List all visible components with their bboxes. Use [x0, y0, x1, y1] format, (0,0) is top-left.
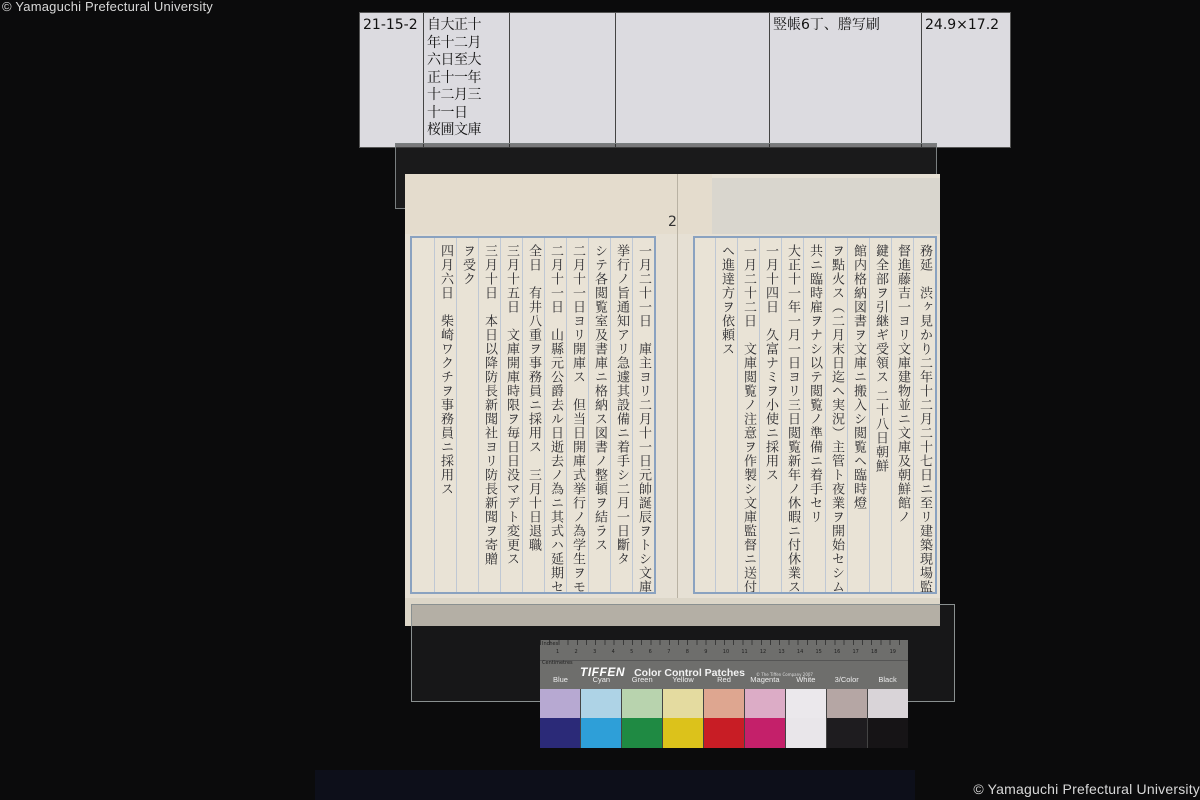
swatch-light [704, 689, 744, 718]
ruler-cm-label: Centimetres [542, 660, 573, 666]
swatch-yellow [663, 689, 704, 748]
swatch-light [663, 689, 703, 718]
text-column: 務延 渋ヶ見かり二年十二月二十七日ニ至リ建築現場監 [913, 238, 935, 592]
date-line: 正十一年 [427, 70, 506, 88]
catalog-empty-cell [616, 13, 770, 147]
swatch-light [540, 689, 580, 718]
page-number: 2 [668, 214, 677, 230]
catalog-id: 21-15-2 [360, 13, 424, 147]
swatch-dark [827, 718, 867, 748]
ruler-number: 17 [853, 649, 872, 655]
date-line: 十二月三 [427, 87, 506, 105]
swatch-dark [663, 718, 703, 748]
text-column: シテ各閲覧室及書庫ニ格納ス図書ノ整頓ヲ結ラス [588, 238, 610, 592]
ruler-number: 10 [723, 649, 742, 655]
color-control-chart: Inches 1 2 3 4 5 6 7 8 9 10 11 12 13 14 … [540, 640, 908, 748]
catalog-empty-cell [510, 13, 616, 147]
ruler-number: 1 [556, 649, 575, 655]
swatch-label: Red [704, 675, 745, 684]
text-column: 督進藤吉一ヨリ文庫建物並ニ文庫及朝鮮館ノ [891, 238, 913, 592]
ruler-number: 4 [612, 649, 631, 655]
paper-flap [712, 178, 940, 234]
swatch-red [704, 689, 745, 748]
swatch-dark [868, 718, 908, 748]
swatch-light [581, 689, 621, 718]
ruler-number: 14 [797, 649, 816, 655]
text-column: 四月六日 柴崎ワクチヲ事務員ニ採用ス [434, 238, 456, 592]
date-line: 六日至大 [427, 52, 506, 70]
swatch-light [786, 689, 826, 718]
swatch-label: Green [622, 675, 663, 684]
right-page: 務延 渋ヶ見かり二年十二月二十七日ニ至リ建築現場監 督進藤吉一ヨリ文庫建物並ニ文… [693, 236, 937, 594]
ruler-number: 12 [760, 649, 779, 655]
text-column: ヲ點火ス（二月末日迄ヘ実況）主管ト夜業ヲ開始セシムト [825, 238, 847, 592]
text-column: 一月二十一日 庫主ヨリ二月十一日元帥誕辰ヲトシ文庫開庫式 [632, 238, 654, 592]
text-column: 一月二十二日 文庫閲覧ノ注意ヲ作製シ文庫監督ニ送付シ其ノ承認 [737, 238, 759, 592]
color-swatches [540, 689, 908, 748]
ruler-number: 2 [575, 649, 594, 655]
swatch-label: Cyan [581, 675, 622, 684]
copyright-watermark-top: © Yamaguchi Prefectural University [2, 0, 213, 14]
ruler-number: 8 [686, 649, 705, 655]
ruler-number: 18 [871, 649, 890, 655]
text-column: 二月十一日ヨリ開庫ス 但当日開庫式挙行ノ為学生ヲモヲ [566, 238, 588, 592]
text-column: 館内格納図書ヲ文庫ニ搬入シ閲覧ヘ臨時燈 [847, 238, 869, 592]
swatch-light [745, 689, 785, 718]
text-column: 挙行ノ旨通知アリ急遽其設備ニ着手シ二月一日斷タ [610, 238, 632, 592]
swatch-dark [704, 718, 744, 748]
text-column: 大正十一年一月一日ヨリ三日閲覧新年ノ休暇ニ付休業ス [781, 238, 803, 592]
manuscript-document: 2 一月二十一日 庫主ヨリ二月十一日元帥誕辰ヲトシ文庫開庫式 挙行ノ旨通知アリ急… [405, 174, 940, 626]
ruler-number: 15 [815, 649, 834, 655]
swatch-dark [540, 718, 580, 748]
swatch-light [827, 689, 867, 718]
catalog-description: 竪帳6丁、謄写刷 [770, 13, 922, 147]
swatch-labels: Blue Cyan Green Yellow Red Magenta White… [540, 675, 908, 684]
swatch-label: White [785, 675, 826, 684]
swatch-magenta [745, 689, 786, 748]
ruler-inches-label: Inches [542, 641, 558, 647]
catalog-size: 24.9×17.2 [922, 13, 1010, 147]
swatch-dark [786, 718, 826, 748]
swatch-green [622, 689, 663, 748]
ruler-number: 19 [890, 649, 909, 655]
ruler-number: 13 [778, 649, 797, 655]
ruler-cm-numbers: 1 2 3 4 5 6 7 8 9 10 11 12 13 14 15 16 1… [556, 649, 908, 655]
swatch-blue [540, 689, 581, 748]
ruler-number: 9 [704, 649, 723, 655]
swatch-label: Black [867, 675, 908, 684]
text-column: 共ニ臨時雇ヲナシ以テ閲覧ノ準備ニ着手セリ [803, 238, 825, 592]
swatch-cyan [581, 689, 622, 748]
swatch-light [868, 689, 908, 718]
text-column: 全日 有井八重ヲ事務員ニ採用ス 三月十日退職 [522, 238, 544, 592]
text-column: 二月十一日 山縣元公爵去ル日逝去ノ為ニ其式ハ延期セラル [544, 238, 566, 592]
catalog-label-card: 21-15-2 自大正十 年十二月 六日至大 正十一年 十二月三 十一日 桜圃文… [359, 12, 1011, 148]
ruler-number: 5 [630, 649, 649, 655]
ruler-number: 11 [741, 649, 760, 655]
swatch-3color [827, 689, 868, 748]
date-line: 桜圃文庫 [427, 122, 506, 140]
text-column: 鍵全部ヲ引継ギ受領ス 二十八日朝鮮 [869, 238, 891, 592]
copyright-watermark-bottom: © Yamaguchi Prefectural University [973, 781, 1200, 797]
date-line: 年十二月 [427, 35, 506, 53]
ruler-number: 16 [834, 649, 853, 655]
swatch-light [622, 689, 662, 718]
text-column: 三月十日 本日以降防長新聞社ヨリ防長新聞ヲ寄贈 [478, 238, 500, 592]
swatch-label: 3/Color [826, 675, 867, 684]
ruler-number: 7 [667, 649, 686, 655]
swatch-dark [745, 718, 785, 748]
swatch-label: Yellow [663, 675, 704, 684]
swatch-label: Magenta [744, 675, 785, 684]
scan-backdrop-strip [315, 770, 915, 800]
catalog-date-title: 自大正十 年十二月 六日至大 正十一年 十二月三 十一日 桜圃文庫 [424, 13, 510, 147]
text-column: ヲ受ク [456, 238, 478, 592]
paper-flap [405, 174, 712, 234]
swatch-black [868, 689, 908, 748]
ruler-number: 6 [649, 649, 668, 655]
swatch-dark [622, 718, 662, 748]
text-column: 一月十四日 久富ナミヲ小使ニ採用ス [759, 238, 781, 592]
swatch-white [786, 689, 827, 748]
ruler-number: 3 [593, 649, 612, 655]
swatch-label: Blue [540, 675, 581, 684]
date-line: 十一日 [427, 105, 506, 123]
book-fold [677, 174, 678, 626]
left-page: 一月二十一日 庫主ヨリ二月十一日元帥誕辰ヲトシ文庫開庫式 挙行ノ旨通知アリ急遽其… [410, 236, 656, 594]
text-column: ヘ進達方ヲ依頼ス [715, 238, 737, 592]
date-line: 自大正十 [427, 17, 506, 35]
text-column: 三月十五日 文庫開庫時限ヲ毎日日没マデト変更ス [500, 238, 522, 592]
swatch-dark [581, 718, 621, 748]
